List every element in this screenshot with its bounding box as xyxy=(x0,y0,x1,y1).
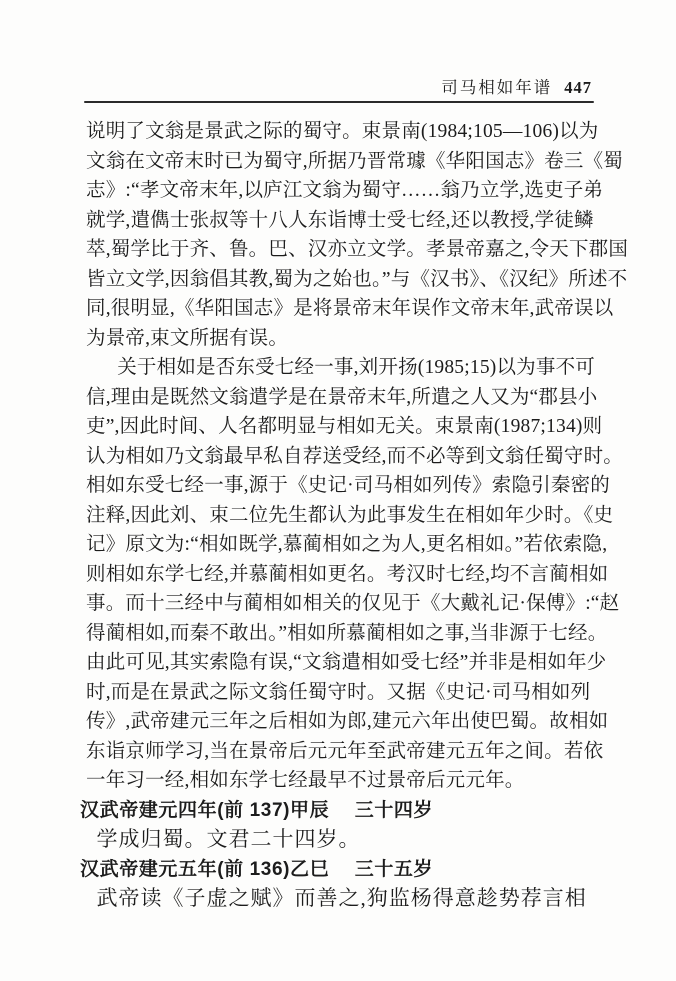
text-line: 文翁在文帝末时已为蜀守,所据乃晋常璩《华阳国志》卷三《蜀 xyxy=(86,147,616,177)
text-line: 相如东受七经一事,源于《史记·司马相如列传》索隐引秦密的 xyxy=(86,471,616,501)
text-line: 时,而是在景武之际文翁任蜀守时。又据《史记·司马相如列 xyxy=(86,678,616,708)
text-line: 东诣京师学习,当在景帝后元元年至武帝建元五年之间。若依 xyxy=(86,737,616,767)
text-line: 认为相如乃文翁最早私自荐送受经,而不必等到文翁任蜀守时。 xyxy=(86,442,616,472)
text-line: 吏”,因此时间、人名都明显与相如无关。束景南(1987;134)则 xyxy=(86,412,616,442)
text-line: 注释,因此刘、束二位先生都认为此事发生在相如年少时。《史 xyxy=(86,501,616,531)
text-line: 萃,蜀学比于齐、鲁。巴、汉亦立文学。孝景帝嘉之,令天下郡国 xyxy=(86,235,616,265)
page-number: 447 xyxy=(564,78,592,97)
text-line: 就学,遣儁士张叔等十八人东诣博士受七经,还以教授,学徒鳞 xyxy=(86,206,616,236)
text-line: 为景帝,束文所据有误。 xyxy=(86,324,616,354)
book-title: 司马相如年谱 xyxy=(441,78,552,97)
text-line: 志》:“孝文帝末年,以庐江文翁为蜀守……翁乃立学,选吏子弟 xyxy=(86,176,616,206)
year-heading: 汉武帝建元四年(前 137)甲辰 三十四岁 xyxy=(80,796,616,826)
text-line: 说明了文翁是景武之际的蜀守。束景南(1984;105—106)以为 xyxy=(86,117,616,147)
text-line: 记》原文为:“相如既学,慕蔺相如之为人,更名相如。”若依索隐, xyxy=(86,530,616,560)
text-line: 得蔺相如,而秦不敢出。”相如所慕蔺相如之事,当非源于七经。 xyxy=(86,619,616,649)
document-body: 说明了文翁是景武之际的蜀守。束景南(1984;105—106)以为文翁在文帝末时… xyxy=(86,117,616,914)
text-line: 事。而十三经中与蔺相如相关的仅见于《大戴礼记·保傅》:“赵 xyxy=(86,589,616,619)
text-line: 则相如东学七经,并慕蔺相如更名。考汉时七经,均不言蔺相如 xyxy=(86,560,616,590)
entry-line: 学成归蜀。文君二十四岁。 xyxy=(86,825,616,855)
entry-line: 武帝读《子虚之赋》而善之,狗监杨得意趁势荐言相 xyxy=(86,884,616,914)
text-line: 传》,武帝建元三年之后相如为郎,建元六年出使巴蜀。故相如 xyxy=(86,707,616,737)
header-rule xyxy=(84,101,594,103)
running-head: 司马相如年谱447 xyxy=(441,74,592,98)
text-line: 关于相如是否东受七经一事,刘开扬(1985;15)以为事不可 xyxy=(86,353,616,383)
text-line: 由此可见,其实索隐有误,“文翁遣相如受七经”并非是相如年少 xyxy=(86,648,616,678)
text-line: 同,很明显,《华阳国志》是将景帝末年误作文帝末年,武帝误以 xyxy=(86,294,616,324)
text-line: 皆立文学,因翁倡其教,蜀为之始也。”与《汉书》、《汉纪》所述不 xyxy=(86,265,616,295)
text-line: 一年习一经,相如东学七经最早不过景帝后元元年。 xyxy=(86,766,616,796)
year-heading: 汉武帝建元五年(前 136)乙巳 三十五岁 xyxy=(80,855,616,885)
document-page: 司马相如年谱447 说明了文翁是景武之际的蜀守。束景南(1984;105—106… xyxy=(0,0,676,981)
text-line: 信,理由是既然文翁遣学是在景帝末年,所遣之人又为“郡县小 xyxy=(86,383,616,413)
